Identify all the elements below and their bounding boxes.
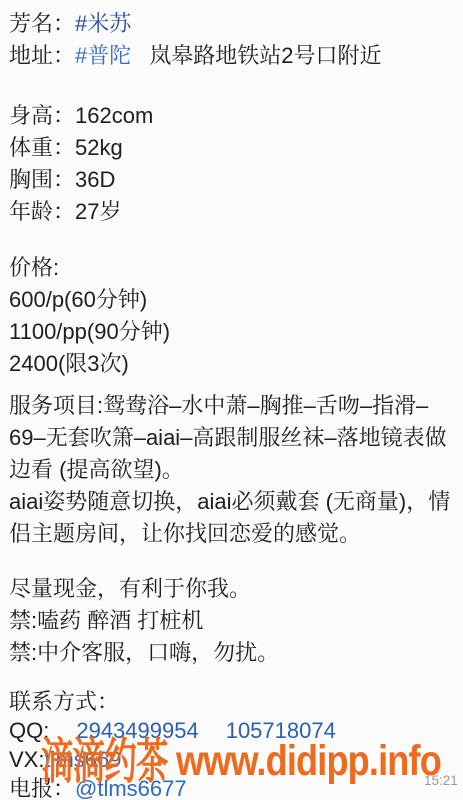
pricing-title: 价格: (9, 252, 463, 284)
contact-section: 联系方式： QQ:2943499954105718074 VX:tlms669 … (9, 687, 463, 800)
chat-message-screenshot: 芳名：#米苏 地址：#普陀岚皋路地铁站2号口附近 身高：162com 体重：52… (0, 0, 463, 800)
qq-number-link-2[interactable]: 105718074 (226, 718, 336, 743)
services-row: 服务项目:鸳鸯浴–水中萧–胸推–舌吻–指滑– (9, 390, 463, 422)
stat-bust: 胸围：36D (9, 164, 463, 196)
message-body: 芳名：#米苏 地址：#普陀岚皋路地铁站2号口附近 身高：162com 体重：52… (0, 0, 463, 800)
pricing-item-60min: 600/p(60分钟) (9, 284, 463, 316)
services-row: 侣主题房间，让你找回恋爱的感觉。 (9, 518, 463, 550)
contact-qq-line: QQ:2943499954105718074 (9, 716, 463, 745)
stat-height-label: 身高： (9, 103, 75, 128)
stats-section: 身高：162com 体重：52kg 胸围：36D 年龄：27岁 (9, 100, 463, 228)
address-line: 地址：#普陀岚皋路地铁站2号口附近 (9, 40, 463, 72)
address-label: 地址： (9, 43, 75, 68)
address-hashtag-link[interactable]: #普陀 (75, 43, 131, 68)
rule-forbidden-2: 禁:中介客服，口嗨，勿扰。 (9, 637, 463, 669)
pricing-item-90min: 1100/pp(90分钟) (9, 316, 463, 348)
stat-bust-label: 胸围： (9, 167, 75, 192)
stat-height: 身高：162com (9, 100, 463, 132)
message-timestamp: 15:21 (424, 773, 458, 789)
name-line: 芳名：#米苏 (9, 8, 463, 40)
stat-weight: 体重：52kg (9, 132, 463, 164)
pricing-section: 价格: 600/p(60分钟) 1100/pp(90分钟) 2400(限3次) (9, 252, 463, 380)
stat-age-label: 年龄： (9, 199, 75, 224)
stat-age: 年龄：27岁 (9, 196, 463, 228)
stat-age-value: 27岁 (75, 199, 121, 224)
contact-vx-line: VX:tlms669 (9, 745, 463, 774)
rules-section: 尽量现金，有利于你我。 禁:嗑药 醉酒 打桩机 禁:中介客服，口嗨，勿扰。 (9, 573, 463, 669)
telegram-label: 电报： (9, 776, 75, 800)
name-hashtag-link[interactable]: #米苏 (75, 11, 131, 36)
address-detail: 岚皋路地铁站2号口附近 (149, 43, 381, 68)
vx-label: VX: (9, 747, 44, 772)
stat-bust-value: 36D (75, 167, 115, 192)
name-label: 芳名： (9, 11, 75, 36)
services-section: 服务项目:鸳鸯浴–水中萧–胸推–舌吻–指滑– 69–无套吹箫–aiai–高跟制服… (9, 390, 463, 550)
rule-forbidden-1: 禁:嗑药 醉酒 打桩机 (9, 605, 463, 637)
contact-telegram-line: 电报：@tlms6677 (9, 774, 463, 800)
stat-weight-label: 体重： (9, 135, 75, 160)
stat-height-value: 162com (75, 103, 153, 128)
stat-weight-value: 52kg (75, 135, 123, 160)
vx-value-obscured: tlms669 (44, 747, 121, 772)
telegram-handle-link[interactable]: @tlms6677 (75, 776, 187, 800)
pricing-item-3times: 2400(限3次) (9, 348, 463, 380)
contact-title: 联系方式： (9, 687, 463, 716)
rule-cash: 尽量现金，有利于你我。 (9, 573, 463, 605)
services-row: 69–无套吹箫–aiai–高跟制服丝袜–落地镜表做 (9, 422, 463, 454)
services-row: aiai姿势随意切换，aiai必须戴套 (无商量)，情 (9, 486, 463, 518)
services-row: 边看 (提高欲望)。 (9, 454, 463, 486)
qq-label: QQ: (9, 718, 49, 743)
qq-number-link-1[interactable]: 2943499954 (76, 718, 198, 743)
